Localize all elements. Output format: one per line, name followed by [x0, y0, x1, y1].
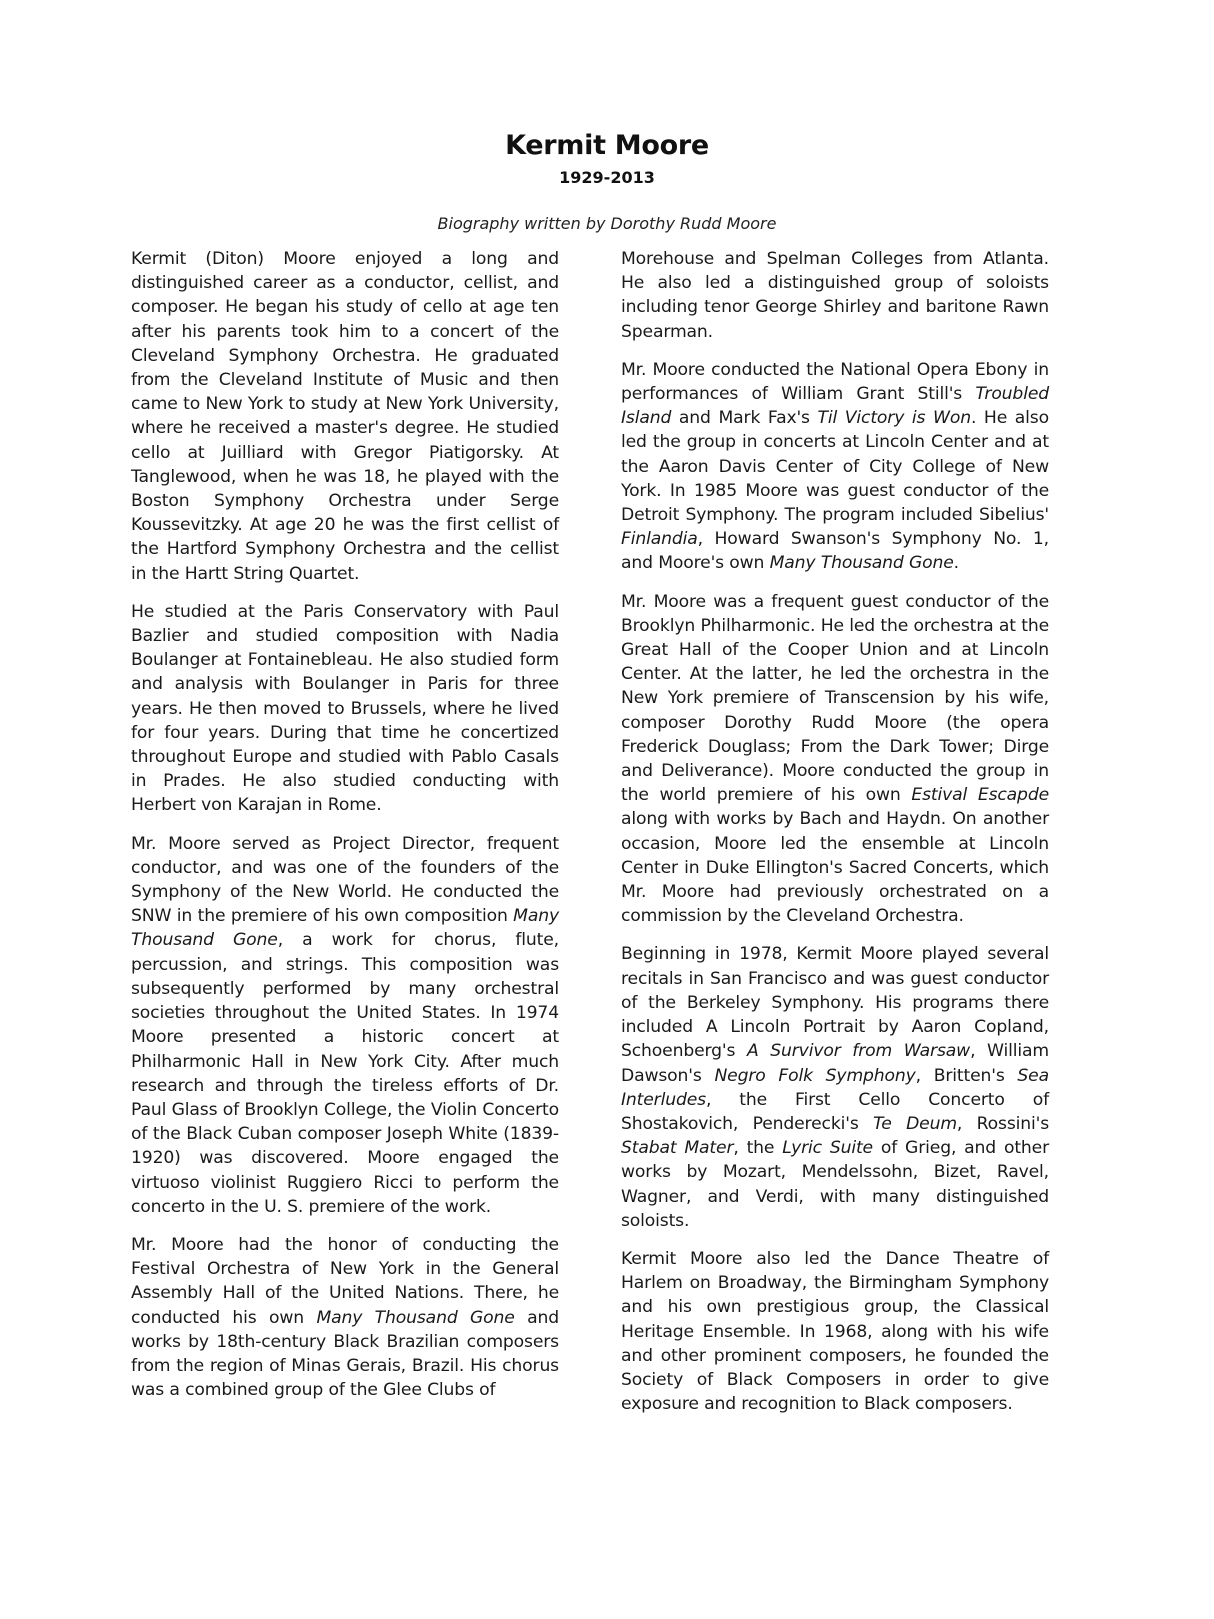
- work-title: Many Thousand Gone: [316, 1308, 514, 1328]
- work-title: Lyric Suite: [782, 1138, 873, 1158]
- work-title: Te Deum: [873, 1114, 957, 1134]
- text-run: He studied at the Paris Conservatory wit…: [131, 602, 559, 816]
- paragraph: Kermit (Diton) Moore enjoyed a long and …: [131, 247, 559, 586]
- text-run: Mr. Moore was a frequent guest conductor…: [621, 592, 1049, 806]
- work-title: Finlandia: [621, 529, 698, 549]
- paragraph: Mr. Moore was a frequent guest conductor…: [621, 590, 1049, 929]
- text-run: , a work for chorus, flute, percussion, …: [131, 930, 559, 1216]
- work-title: A Survivor from Warsaw: [747, 1041, 970, 1061]
- page-title: Kermit Moore: [0, 130, 1214, 161]
- text-run: Kermit (Diton) Moore enjoyed a long and …: [131, 249, 559, 584]
- work-title: Negro Folk Symphony: [714, 1066, 915, 1086]
- text-run: along with works by Bach and Haydn. On a…: [621, 809, 1049, 926]
- work-title: Stabat Mater: [621, 1138, 733, 1158]
- right-column: Morehouse and Spelman Colleges from Atla…: [621, 247, 1049, 1430]
- text-run: , Britten's: [916, 1066, 1018, 1086]
- paragraph: Kermit Moore also led the Dance Theatre …: [621, 1247, 1049, 1416]
- work-title: Many Thousand Gone: [770, 553, 954, 573]
- author-byline: Biography written by Dorothy Rudd Moore: [0, 214, 1214, 233]
- paragraph: Mr. Moore conducted the National Opera E…: [621, 358, 1049, 576]
- text-run: Morehouse and Spelman Colleges from Atla…: [621, 249, 1049, 342]
- text-run: , the: [733, 1138, 782, 1158]
- paragraph: Mr. Moore had the honor of conducting th…: [131, 1233, 559, 1402]
- work-title: Estival Escapde: [911, 785, 1049, 805]
- paragraph: Beginning in 1978, Kermit Moore played s…: [621, 942, 1049, 1232]
- text-run: and Mark Fax's: [671, 408, 817, 428]
- text-run: .: [954, 553, 959, 573]
- paragraph: Morehouse and Spelman Colleges from Atla…: [621, 247, 1049, 344]
- life-years: 1929-2013: [0, 168, 1214, 187]
- text-run: Mr. Moore served as Project Director, fr…: [131, 834, 559, 927]
- text-run: Kermit Moore also led the Dance Theatre …: [621, 1249, 1049, 1414]
- text-run: , Rossini's: [957, 1114, 1049, 1134]
- paragraph: He studied at the Paris Conservatory wit…: [131, 600, 559, 818]
- paragraph: Mr. Moore served as Project Director, fr…: [131, 832, 559, 1219]
- left-column: Kermit (Diton) Moore enjoyed a long and …: [131, 247, 559, 1416]
- work-title: Til Victory is Won: [818, 408, 971, 428]
